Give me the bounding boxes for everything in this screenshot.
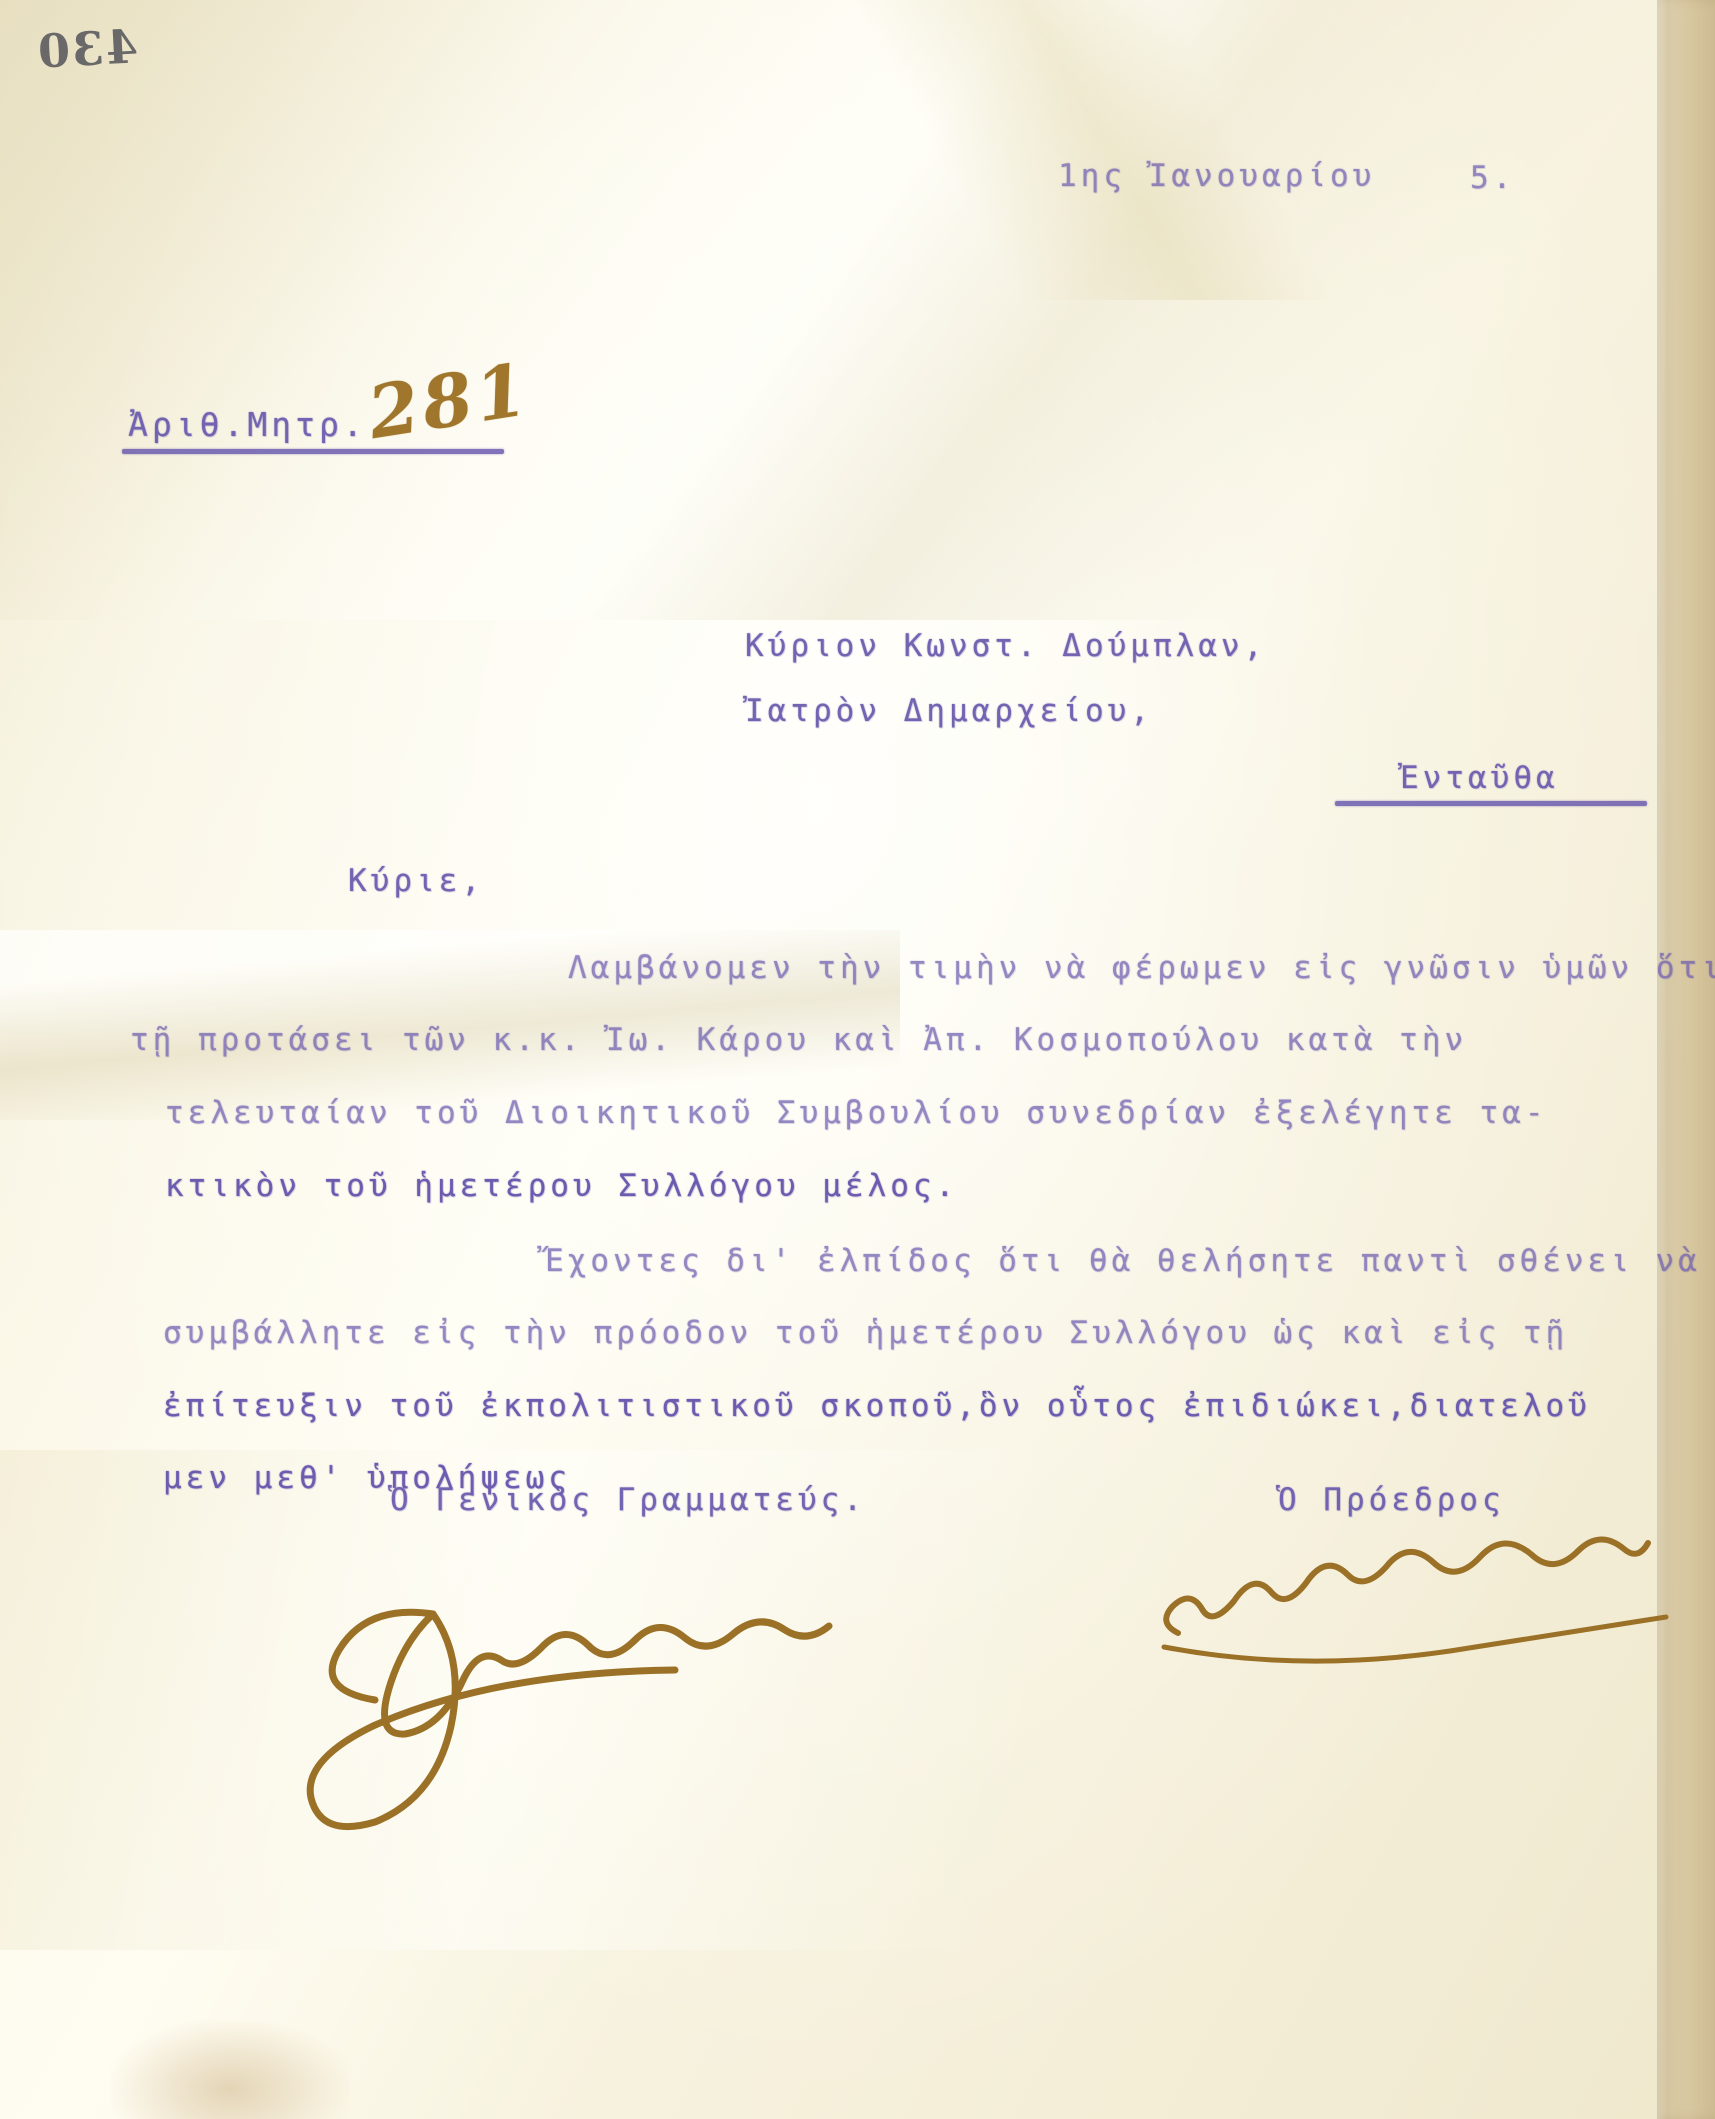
underlying-page-edge — [1657, 0, 1715, 2119]
registry-number-handwritten: 281 — [362, 346, 536, 455]
place-underline — [1335, 801, 1647, 806]
paper-crease — [760, 0, 1460, 300]
registry-label: Ἀριθ.Μητρ. — [128, 405, 367, 444]
secretary-signature — [255, 1530, 915, 1840]
body-line: τελευταίαν τοῦ Διοικητικοῦ Συμβουλίου συ… — [165, 1095, 1547, 1131]
date-year-fragment: 5. — [1470, 160, 1515, 196]
date-line: 1ης Ἰανουαρίου — [1058, 158, 1375, 194]
body-line: Λαμβάνομεν τὴν τιμὴν νὰ φέρωμεν εἰς γνῶσ… — [568, 950, 1715, 986]
president-signature — [1150, 1505, 1680, 1685]
body-line: ἐπίτευξιν τοῦ ἐκπολιτιστικοῦ σκοποῦ,ὃν ο… — [163, 1388, 1591, 1424]
body-line: Ἔχοντες δι' ἐλπίδος ὅτι θὰ θελήσητε παντ… — [545, 1243, 1701, 1279]
bleedthrough-page-number: 430 — [35, 19, 140, 78]
body-line: τῇ προτάσει τῶν κ.κ. Ἰω. Κάρου καὶ Ἀπ. Κ… — [130, 1022, 1467, 1058]
letter-page: 430 1ης Ἰανουαρίου 5. Ἀριθ.Μητρ. 281 Κύρ… — [0, 0, 1715, 2119]
recipient-place: Ἐνταῦθα — [1400, 760, 1559, 796]
registry-underline — [122, 449, 504, 454]
paper-crease — [0, 0, 1715, 620]
body-line: κτικὸν τοῦ ἡμετέρου Συλλόγου μέλος. — [165, 1168, 958, 1204]
body-line: συμβάλλητε εἰς τὴν πρόοδον τοῦ ἡμετέρου … — [163, 1315, 1568, 1351]
recipient-name: Κύριον Κωνστ. Δούμπλαν, — [745, 628, 1266, 664]
salutation: Κύριε, — [348, 863, 484, 899]
recipient-title: Ἰατρὸν Δημαρχείου, — [745, 693, 1153, 729]
closing-secretary-title: Ὁ Γενικὸς Γραμματεύς. — [390, 1482, 866, 1518]
ink-stain — [110, 2020, 350, 2119]
